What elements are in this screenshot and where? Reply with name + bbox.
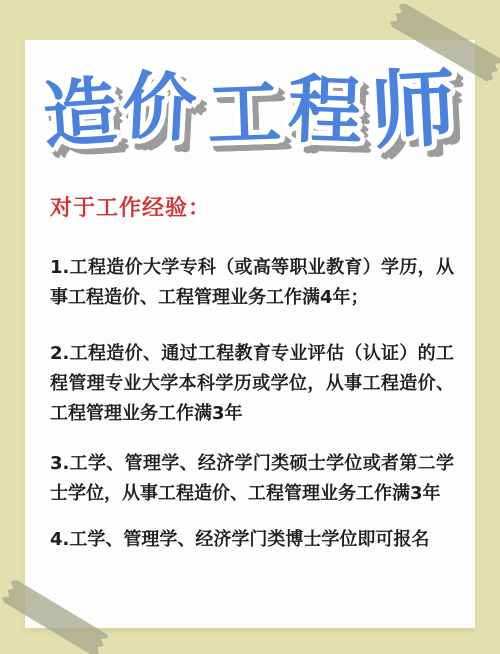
title-char-3: 工 — [206, 73, 283, 157]
paper-card: 造 价 工 程 师 对于工作经验： 1.工程造价大学专科（或高等职业教育）学历，… — [25, 40, 475, 628]
requirement-item-2: 2.工程造价、通过工程教育专业评估（认证）的工程管理专业大学本科学历或学位，从事… — [50, 339, 454, 429]
title-char-1: 造 — [41, 72, 120, 158]
title-char-5: 师 — [369, 62, 459, 160]
poster: 造 价 工 程 师 对于工作经验： 1.工程造价大学专科（或高等职业教育）学历，… — [0, 0, 500, 654]
title-char-2: 价 — [121, 66, 199, 151]
poster-title: 造 价 工 程 师 — [25, 58, 475, 166]
section-heading-work-experience: 对于工作经验： — [50, 194, 211, 224]
title-char-4: 程 — [287, 70, 364, 154]
poster-page: { "title": { "text": "造价工程师", "chars": [… — [0, 0, 500, 654]
requirement-item-3: 3.工学、管理学、经济学门类硕士学位或者第二学士学位，从事工程造价、工程管理业务… — [50, 449, 454, 509]
requirement-item-1: 1.工程造价大学专科（或高等职业教育）学历，从事工程造价、工程管理业务工作满4年… — [50, 253, 454, 313]
requirement-item-4: 4.工学、管理学、经济学门类博士学位即可报名 — [50, 525, 454, 555]
